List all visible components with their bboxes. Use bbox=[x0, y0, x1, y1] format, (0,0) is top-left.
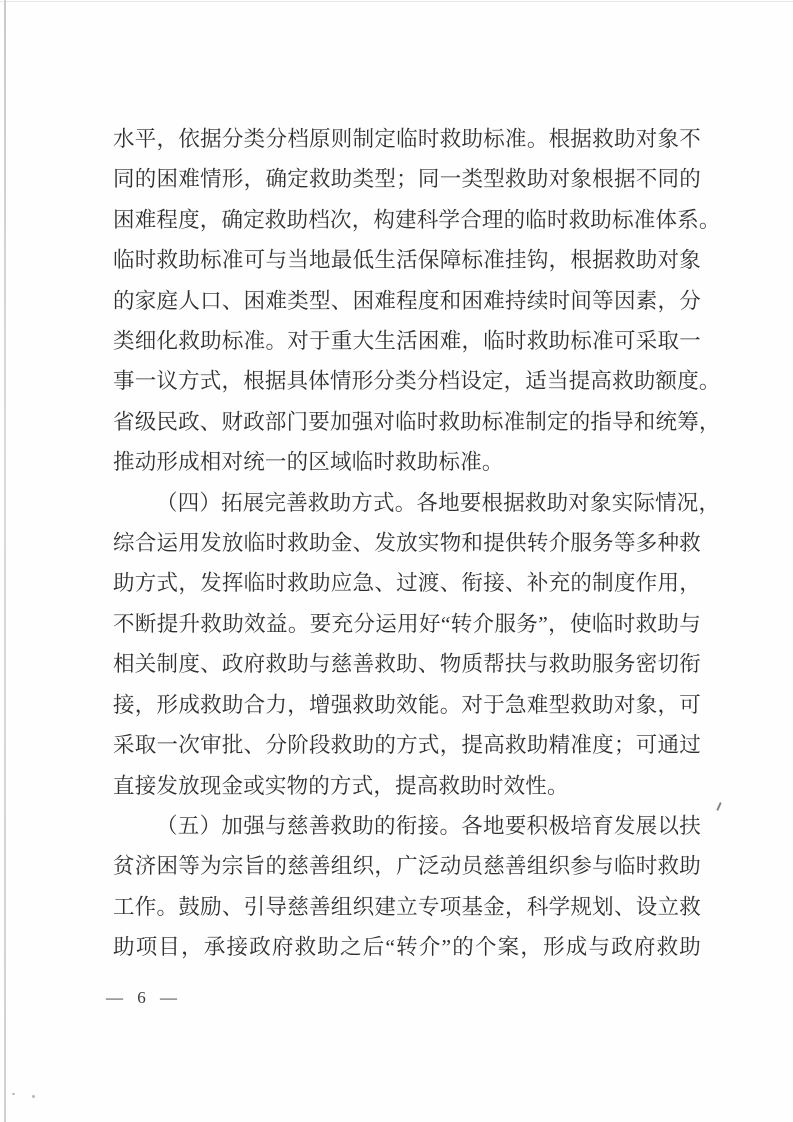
scan-edge-top-line bbox=[0, 1, 793, 2]
page-number: — 6 — bbox=[106, 986, 182, 1010]
paragraph: （五）加强与慈善救助的衔接。各地要积极培育发展以扶贫济困等为宗旨的慈善组织，广泛… bbox=[113, 806, 701, 968]
text-line: 综合运用发放临时救助金、发放实物和提供转介服务等多种救 bbox=[113, 523, 701, 563]
text-line: 工作。鼓励、引导慈善组织建立专项基金，科学规划、设立救 bbox=[113, 887, 701, 927]
document-body-text: 水平，依据分类分档原则制定临时救助标准。根据救助对象不同的困难情形，确定救助类型… bbox=[113, 119, 701, 968]
text-line: 困难程度，确定救助档次，构建科学合理的临时救助标准体系。 bbox=[113, 200, 701, 240]
scan-speck bbox=[12, 1093, 15, 1095]
text-line: 采取一次审批、分阶段救助的方式，提高救助精准度；可通过 bbox=[113, 725, 701, 765]
scan-edge-left-line bbox=[4, 0, 6, 1122]
paragraph: 水平，依据分类分档原则制定临时救助标准。根据救助对象不同的困难情形，确定救助类型… bbox=[113, 119, 701, 483]
text-line: 相关制度、政府救助与慈善救助、物质帮扶与救助服务密切衔 bbox=[113, 644, 701, 684]
scan-stray-mark bbox=[716, 802, 721, 811]
text-line: 同的困难情形，确定救助类型；同一类型救助对象根据不同的 bbox=[113, 159, 701, 199]
text-line: 助项目，承接政府救助之后“转介”的个案，形成与政府救助 bbox=[113, 927, 701, 967]
scan-speck bbox=[32, 1095, 35, 1098]
text-line: 事一议方式，根据具体情形分类分档设定，适当提高救助额度。 bbox=[113, 361, 701, 401]
text-line: 推动形成相对统一的区域临时救助标准。 bbox=[113, 442, 701, 482]
text-line: 类细化救助标准。对于重大生活困难，临时救助标准可采取一 bbox=[113, 321, 701, 361]
text-line: 不断提升救助效益。要充分运用好“转介服务”，使临时救助与 bbox=[113, 604, 701, 644]
text-line: （五）加强与慈善救助的衔接。各地要积极培育发展以扶 bbox=[113, 806, 701, 846]
text-line: （四）拓展完善救助方式。各地要根据救助对象实际情况， bbox=[113, 483, 701, 523]
text-line: 接，形成救助合力，增强救助效能。对于急难型救助对象，可 bbox=[113, 685, 701, 725]
text-line: 的家庭人口、困难类型、困难程度和困难持续时间等因素，分 bbox=[113, 281, 701, 321]
text-line: 直接发放现金或实物的方式，提高救助时效性。 bbox=[113, 766, 701, 806]
text-line: 贫济困等为宗旨的慈善组织，广泛动员慈善组织参与临时救助 bbox=[113, 846, 701, 886]
scanned-document-page: 水平，依据分类分档原则制定临时救助标准。根据救助对象不同的困难情形，确定救助类型… bbox=[0, 0, 793, 1122]
text-line: 临时救助标准可与当地最低生活保障标准挂钩，根据救助对象 bbox=[113, 240, 701, 280]
text-line: 助方式，发挥临时救助应急、过渡、衔接、补充的制度作用， bbox=[113, 563, 701, 603]
text-line: 省级民政、财政部门要加强对临时救助标准制定的指导和统筹， bbox=[113, 402, 701, 442]
paragraph: （四）拓展完善救助方式。各地要根据救助对象实际情况，综合运用发放临时救助金、发放… bbox=[113, 483, 701, 806]
text-line: 水平，依据分类分档原则制定临时救助标准。根据救助对象不 bbox=[113, 119, 701, 159]
